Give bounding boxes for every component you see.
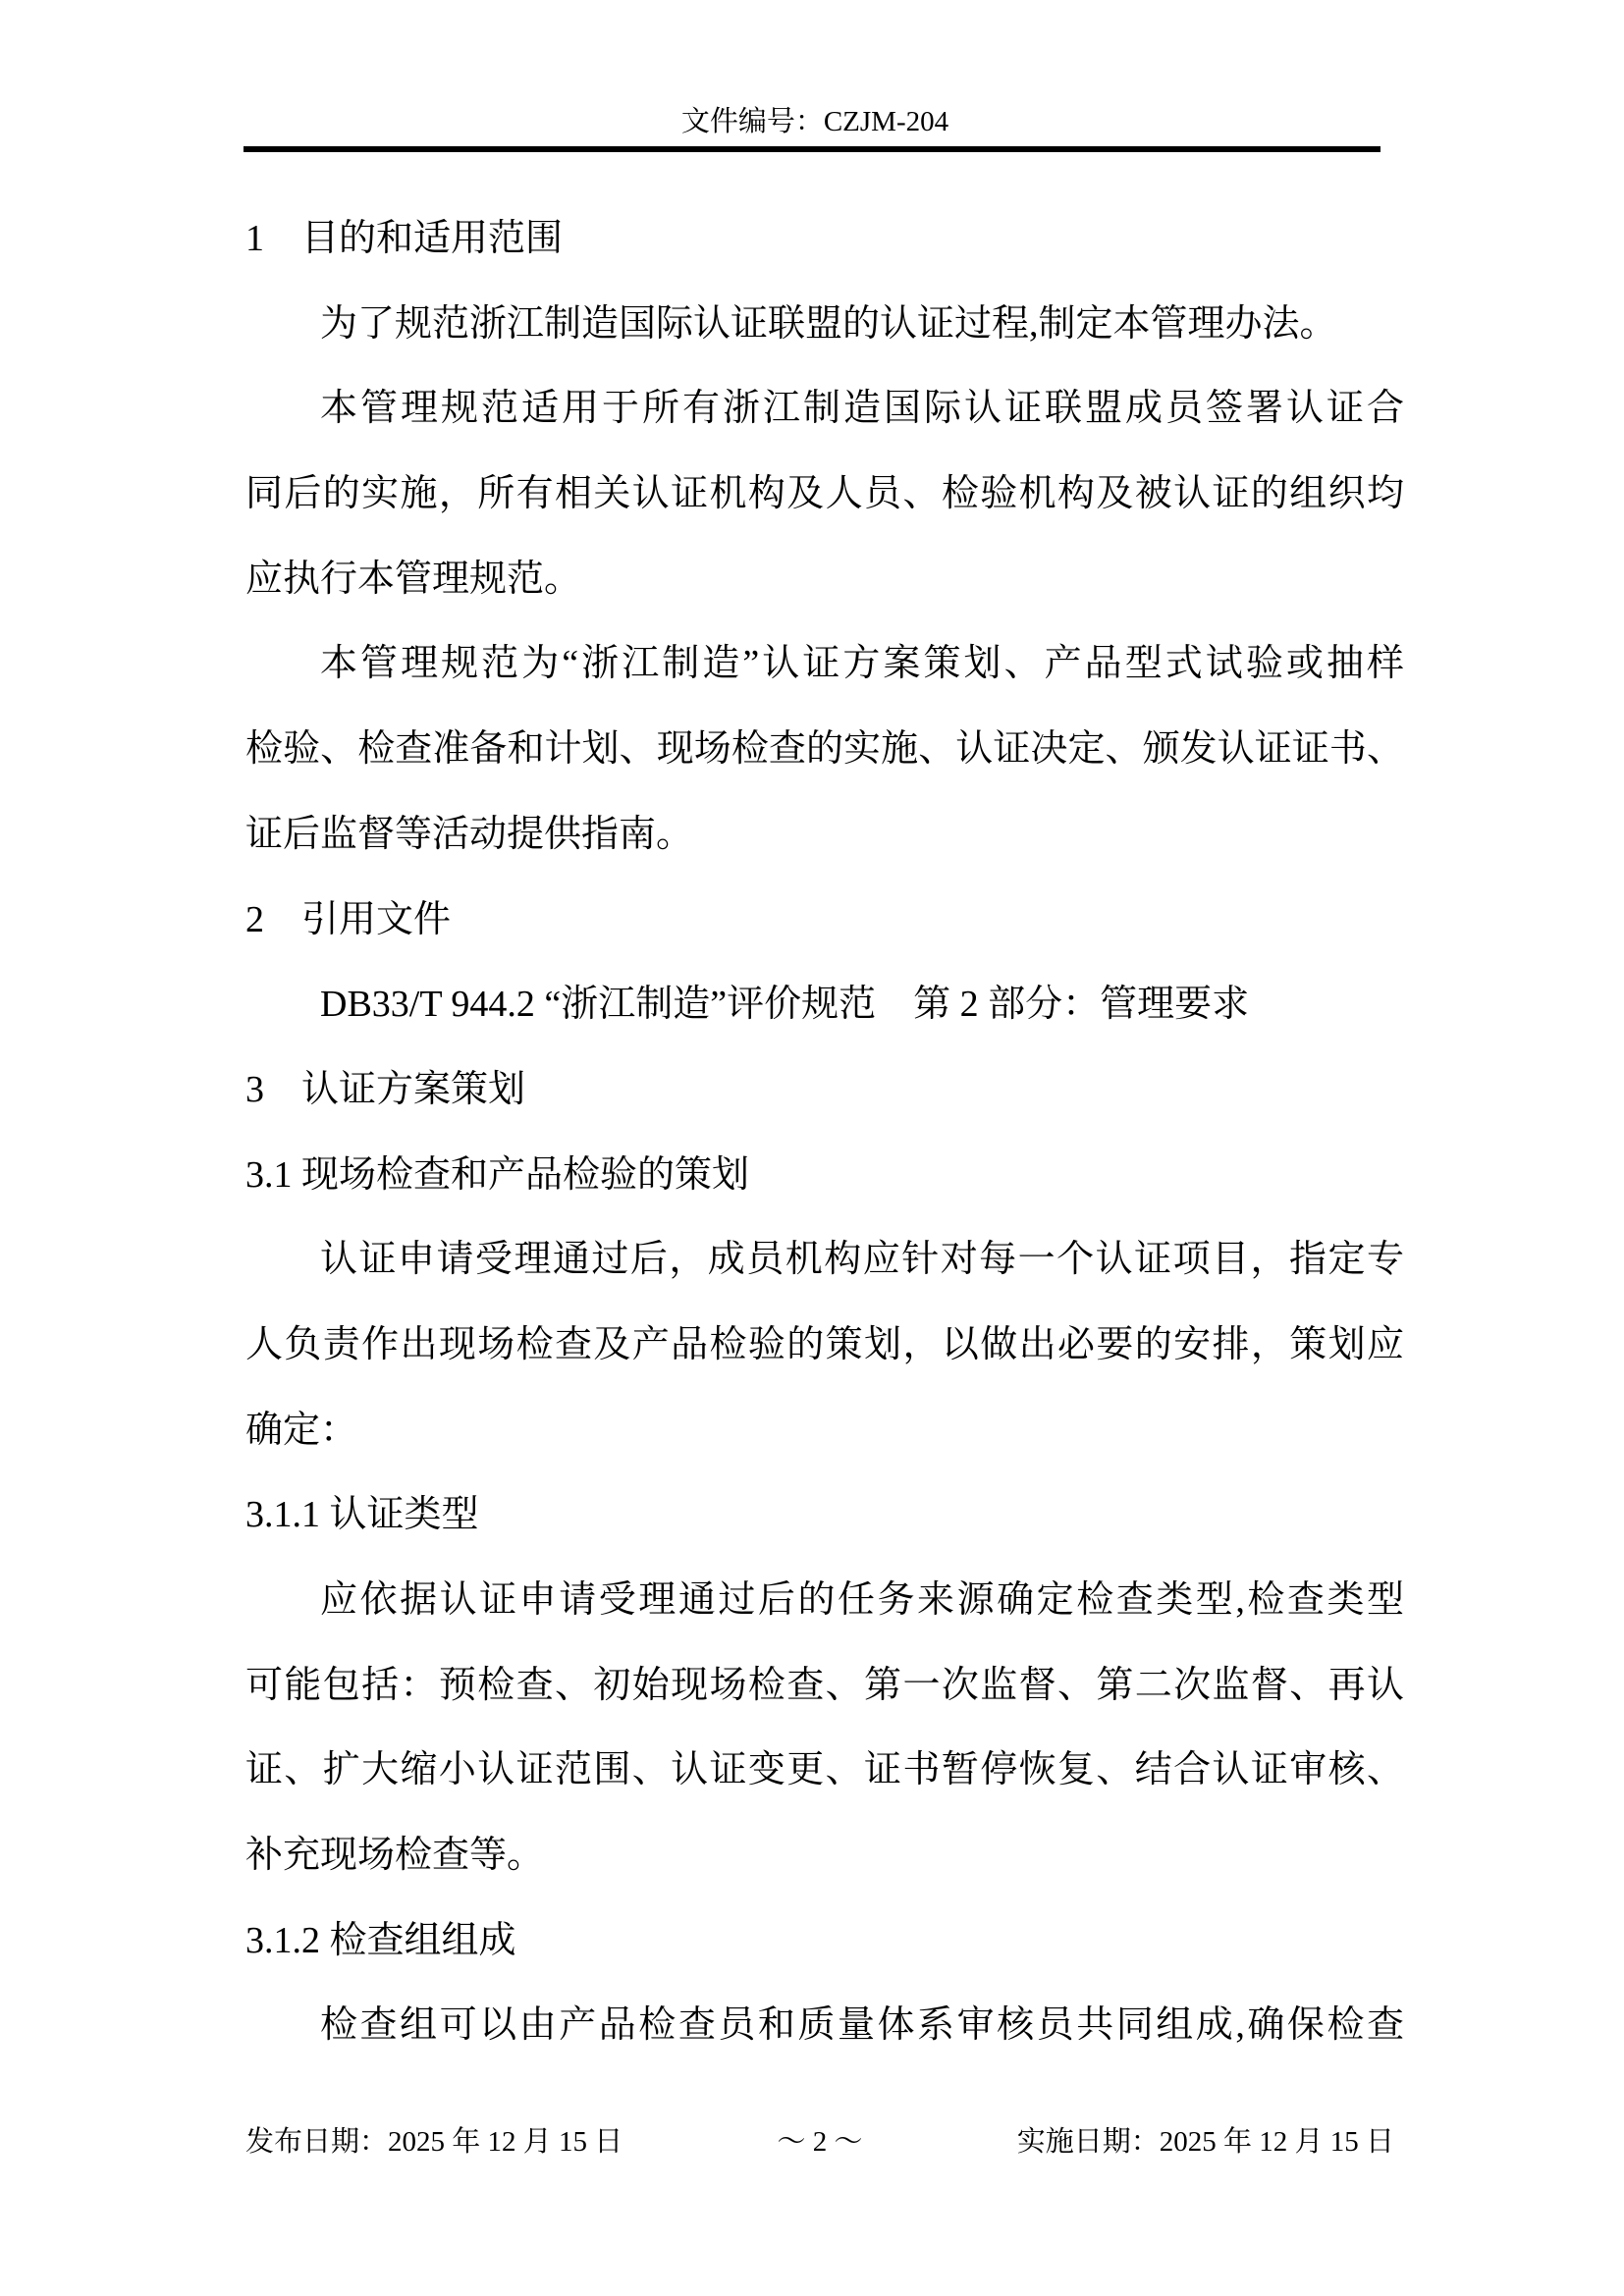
paragraph-line: 应依据认证申请受理通过后的任务来源确定检查类型,检查类型 bbox=[245, 1558, 1404, 1643]
paragraph-line: 本管理规范适用于所有浙江制造国际认证联盟成员签署认证合 bbox=[245, 366, 1404, 452]
document-number-header: 文件编号：CZJM-204 bbox=[245, 104, 1384, 139]
paragraph-line: 检查组可以由产品检查员和质量体系审核员共同组成,确保检查 bbox=[245, 1983, 1404, 2068]
paragraph-line: 证、扩大缩小认证范围、认证变更、证书暂停恢复、结合认证审核、 bbox=[245, 1728, 1404, 1813]
paragraph-line: 证后监督等活动提供指南。 bbox=[245, 792, 1404, 878]
paragraph-line: 检验、检查准备和计划、现场检查的实施、认证决定、颁发认证证书、 bbox=[245, 707, 1404, 792]
heading-3-cert-scheme: 3 认证方案策划 bbox=[245, 1047, 1404, 1133]
page-number: ～ 2 ～ bbox=[777, 2122, 862, 2162]
paragraph-line: 同后的实施，所有相关认证机构及人员、检验机构及被认证的组织均 bbox=[245, 452, 1404, 537]
release-date: 发布日期：2025 年 12 月 15 日 bbox=[245, 2122, 623, 2162]
heading-2-referenced-docs: 2 引用文件 bbox=[245, 878, 1404, 963]
heading-3-1-1-cert-type: 3.1.1 认证类型 bbox=[245, 1472, 1404, 1558]
paragraph-line: 确定： bbox=[245, 1388, 1404, 1473]
heading-3-1-2-team: 3.1.2 检查组组成 bbox=[245, 1898, 1404, 1984]
paragraph-line: 为了规范浙江制造国际认证联盟的认证过程,制定本管理办法。 bbox=[245, 282, 1404, 367]
reference-standard-line: DB33/T 944.2 “浙江制造”评价规范 第 2 部分：管理要求 bbox=[245, 962, 1404, 1047]
document-page: 文件编号：CZJM-204 1 目的和适用范围 为了规范浙江制造国际认证联盟的认… bbox=[0, 0, 1624, 2296]
heading-1-purpose-scope: 1 目的和适用范围 bbox=[245, 196, 1404, 282]
heading-3-1-planning: 3.1 现场检查和产品检验的策划 bbox=[245, 1133, 1404, 1218]
document-footer: 发布日期：2025 年 12 月 15 日 ～ 2 ～ 实施日期：2025 年 … bbox=[245, 2122, 1394, 2162]
document-body: 1 目的和适用范围 为了规范浙江制造国际认证联盟的认证过程,制定本管理办法。 本… bbox=[245, 196, 1404, 2068]
paragraph-line: 可能包括：预检查、初始现场检查、第一次监督、第二次监督、再认 bbox=[245, 1643, 1404, 1729]
paragraph-line: 补充现场检查等。 bbox=[245, 1813, 1404, 1898]
paragraph-line: 认证申请受理通过后，成员机构应针对每一个认证项目，指定专 bbox=[245, 1217, 1404, 1303]
paragraph-line: 人负责作出现场检查及产品检验的策划，以做出必要的安排，策划应 bbox=[245, 1303, 1404, 1388]
paragraph-line: 本管理规范为“浙江制造”认证方案策划、产品型式试验或抽样 bbox=[245, 621, 1404, 707]
paragraph-line: 应执行本管理规范。 bbox=[245, 537, 1404, 622]
header-divider-line bbox=[244, 146, 1380, 152]
implement-date: 实施日期：2025 年 12 月 15 日 bbox=[1017, 2122, 1394, 2162]
